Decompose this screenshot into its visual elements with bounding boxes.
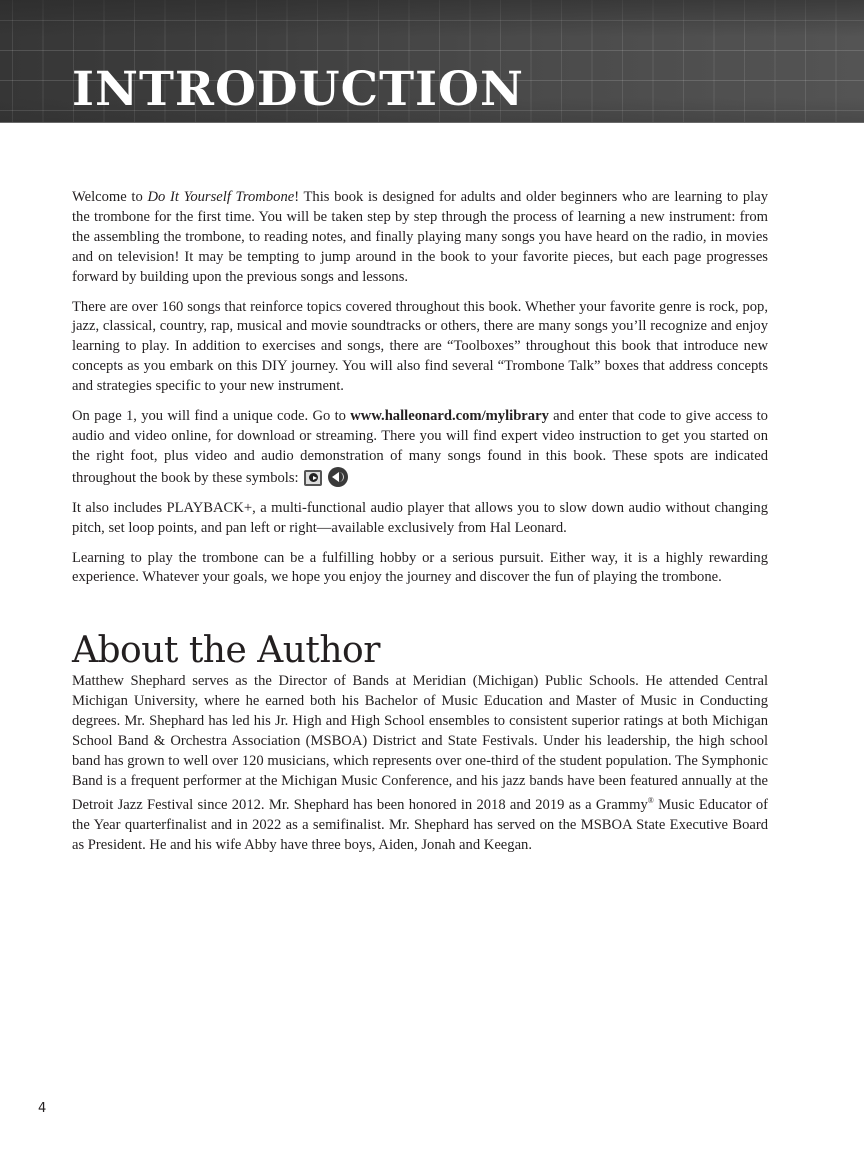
library-url[interactable]: www.halleonard.com/mylibrary (350, 408, 549, 424)
intro-paragraph-online-access: On page 1, you will find a unique code. … (72, 407, 768, 489)
intro-paragraph-welcome: Welcome to Do It Yourself Trombone! This… (72, 188, 768, 288)
about-author-section: Matthew Shephard serves as the Director … (72, 672, 768, 866)
page-number: 4 (38, 1101, 46, 1116)
intro-paragraph-playback: It also includes PLAYBACK+, a multi-func… (72, 499, 768, 539)
introduction-section: Welcome to Do It Yourself Trombone! This… (72, 188, 768, 598)
author-bio: Matthew Shephard serves as the Director … (72, 672, 768, 856)
audio-speaker-icon (328, 467, 348, 487)
text-run: Matthew Shephard serves as the Director … (72, 673, 768, 813)
intro-paragraph-songs: There are over 160 songs that reinforce … (72, 298, 768, 398)
chapter-header-band: INTRODUCTION (0, 0, 864, 123)
intro-paragraph-closing: Learning to play the trombone can be a f… (72, 549, 768, 589)
video-play-icon (304, 470, 322, 486)
about-author-heading: About the Author (72, 633, 380, 669)
text-run: On page 1, you will find a unique code. … (72, 408, 350, 424)
chapter-title: INTRODUCTION (72, 66, 524, 113)
text-run: Welcome to (72, 189, 147, 205)
book-title: Do It Yourself Trombone (147, 189, 294, 205)
